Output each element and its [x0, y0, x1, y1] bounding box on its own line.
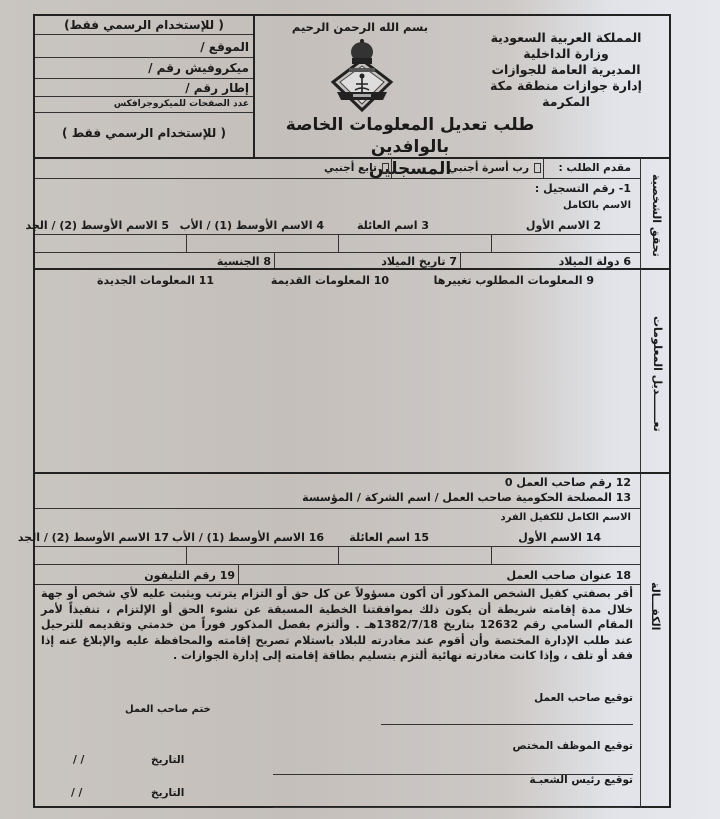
- divider: [491, 234, 492, 252]
- divider: [35, 78, 253, 79]
- phone-number-field[interactable]: 19 رقم التليفون: [144, 569, 235, 582]
- sponsor-grandfather-name-label: 17 الاسم الأوسط (2) / الجد: [18, 531, 169, 544]
- divider: [35, 508, 641, 509]
- section-divider: [35, 268, 669, 270]
- sponsor-family-name-label: 15 اسم العائلة: [349, 531, 429, 544]
- sponsor-section-label: الكفـــالة: [649, 582, 662, 630]
- ministry-block: المملكة العربية السعودية وزارة الداخلية …: [471, 30, 661, 110]
- divider: [35, 96, 253, 97]
- divider: [35, 57, 253, 58]
- registration-number-field[interactable]: 1- رقم التسجيل :: [535, 182, 631, 195]
- side-column-border: [640, 158, 641, 808]
- date-label-2: التاريخ: [151, 787, 184, 799]
- section-head-signature-label: توقيع رئيس الشعبـة: [529, 774, 633, 786]
- dependent-checkbox[interactable]: [382, 163, 389, 173]
- divider: [391, 158, 392, 178]
- sponsor-family-name-input[interactable]: [341, 547, 490, 563]
- birth-date-field[interactable]: 7 تاريخ الميلاد: [381, 255, 457, 268]
- birth-country-field[interactable]: 6 دولة الميلاد: [559, 255, 631, 268]
- divider: [35, 112, 253, 113]
- official-use-bottom-label: ( للإستخدام الرسمي فقط ): [49, 126, 239, 140]
- divider: [543, 158, 544, 178]
- old-info-header: 10 المعلومات القديمة: [271, 274, 389, 287]
- divider: [491, 546, 492, 564]
- divider: [238, 564, 239, 584]
- father-name-label: 4 الاسم الأوسط (1) / الأب: [180, 219, 324, 232]
- pages-count-field[interactable]: عدد الصفحات للميكروجرافكس: [114, 99, 249, 109]
- employer-stamp-label: ختم صاحب العمل: [125, 704, 211, 715]
- dependent-option[interactable]: تابع أجنبي: [324, 162, 377, 174]
- divider: [186, 546, 187, 564]
- section-divider: [35, 472, 669, 474]
- sponsor-grandfather-name-input[interactable]: [33, 547, 185, 563]
- official-use-top-label: ( للإستخدام الرسمي فقط): [49, 18, 239, 32]
- nationality-field[interactable]: 8 الجنسية: [217, 255, 271, 268]
- date-field-2[interactable]: / /: [71, 787, 82, 799]
- first-name-input[interactable]: [494, 235, 639, 251]
- basmala: بسم الله الرحمن الرحيم: [260, 20, 460, 34]
- head-of-family-checkbox[interactable]: [534, 163, 541, 173]
- sponsor-full-name-label: الاسم الكامل للكفيل الفرد: [501, 512, 631, 523]
- header-divider: [35, 157, 669, 159]
- ministry-line-2: وزارة الداخلية: [471, 46, 661, 62]
- site-field[interactable]: الموقع /: [200, 40, 249, 54]
- divider: [338, 546, 339, 564]
- sponsor-first-name-input[interactable]: [494, 547, 639, 563]
- employer-number-field[interactable]: 12 رقم صاحب العمل 0: [505, 476, 631, 489]
- ministry-line-1: المملكة العربية السعودية: [471, 30, 661, 46]
- divider: [186, 234, 187, 252]
- officer-signature-label: توقيع الموظف المختص: [513, 740, 634, 752]
- ministry-line-4: إدارة جوازات منطقة مكة المكرمة: [471, 78, 661, 110]
- first-name-label: 2 الاسم الأول: [526, 219, 601, 232]
- date-field-1[interactable]: / /: [73, 754, 84, 766]
- divider: [274, 252, 275, 269]
- divider: [35, 34, 253, 35]
- sponsor-declaration: أقر بصفتي كفيل الشخص المذكور أن أكون مسؤ…: [41, 586, 633, 664]
- identity-section-label: تحقق الشخصية: [650, 174, 663, 257]
- divider: [338, 234, 339, 252]
- employer-signature-label: توقيع صاحب العمل: [534, 692, 633, 704]
- divider: [35, 564, 641, 565]
- father-name-input[interactable]: [189, 235, 337, 251]
- grandfather-name-label: 5 الاسم الأوسط (2) / الجد: [25, 219, 169, 232]
- divider: [35, 178, 641, 179]
- divider: [35, 584, 641, 585]
- grandfather-name-input[interactable]: [33, 235, 185, 251]
- field-to-change-header: 9 المعلومات المطلوب تغييرها: [434, 274, 594, 287]
- applicant-label: مقدم الطلب :: [558, 162, 631, 174]
- modification-section-label: تعـــــــديل المعلومات: [651, 316, 664, 432]
- sponsor-father-name-input[interactable]: [189, 547, 337, 563]
- employer-address-field[interactable]: 18 عنوان صاحب العمل: [507, 569, 632, 582]
- passports-emblem-icon: [325, 38, 399, 114]
- divider: [35, 252, 641, 253]
- full-name-label: الاسم بالكامل: [563, 200, 631, 211]
- family-name-input[interactable]: [341, 235, 490, 251]
- date-label-1: التاريخ: [151, 754, 184, 766]
- frame-field[interactable]: إطار رقم /: [185, 81, 249, 95]
- employer-entity-field[interactable]: 13 المصلحة الحكومية صاحب العمل / اسم الش…: [302, 491, 631, 504]
- section-head-signature-line[interactable]: [273, 807, 633, 808]
- ministry-line-3: المديرية العامة للجوازات: [471, 62, 661, 78]
- sponsor-father-name-label: 16 الاسم الأوسط (1) / الأب: [172, 531, 324, 544]
- form-title-line-1: طلب تعديل المعلومات الخاصة بالوافدين: [260, 114, 560, 158]
- sponsor-first-name-label: 14 الاسم الأول: [518, 531, 601, 544]
- form-page: ( للإستخدام الرسمي فقط) الموقع / ميكروفي…: [33, 14, 671, 808]
- new-info-header: 11 المعلومات الجديدة: [97, 274, 214, 287]
- modification-entries-area[interactable]: [37, 290, 639, 470]
- employer-signature-line[interactable]: [381, 724, 633, 725]
- official-box-border: [253, 16, 255, 157]
- microfiche-field[interactable]: ميكروفيش رقم /: [148, 61, 249, 75]
- divider: [460, 252, 461, 269]
- head-of-family-option[interactable]: رب أسرة أجنبي: [448, 162, 529, 174]
- family-name-label: 3 اسم العائلة: [357, 219, 429, 232]
